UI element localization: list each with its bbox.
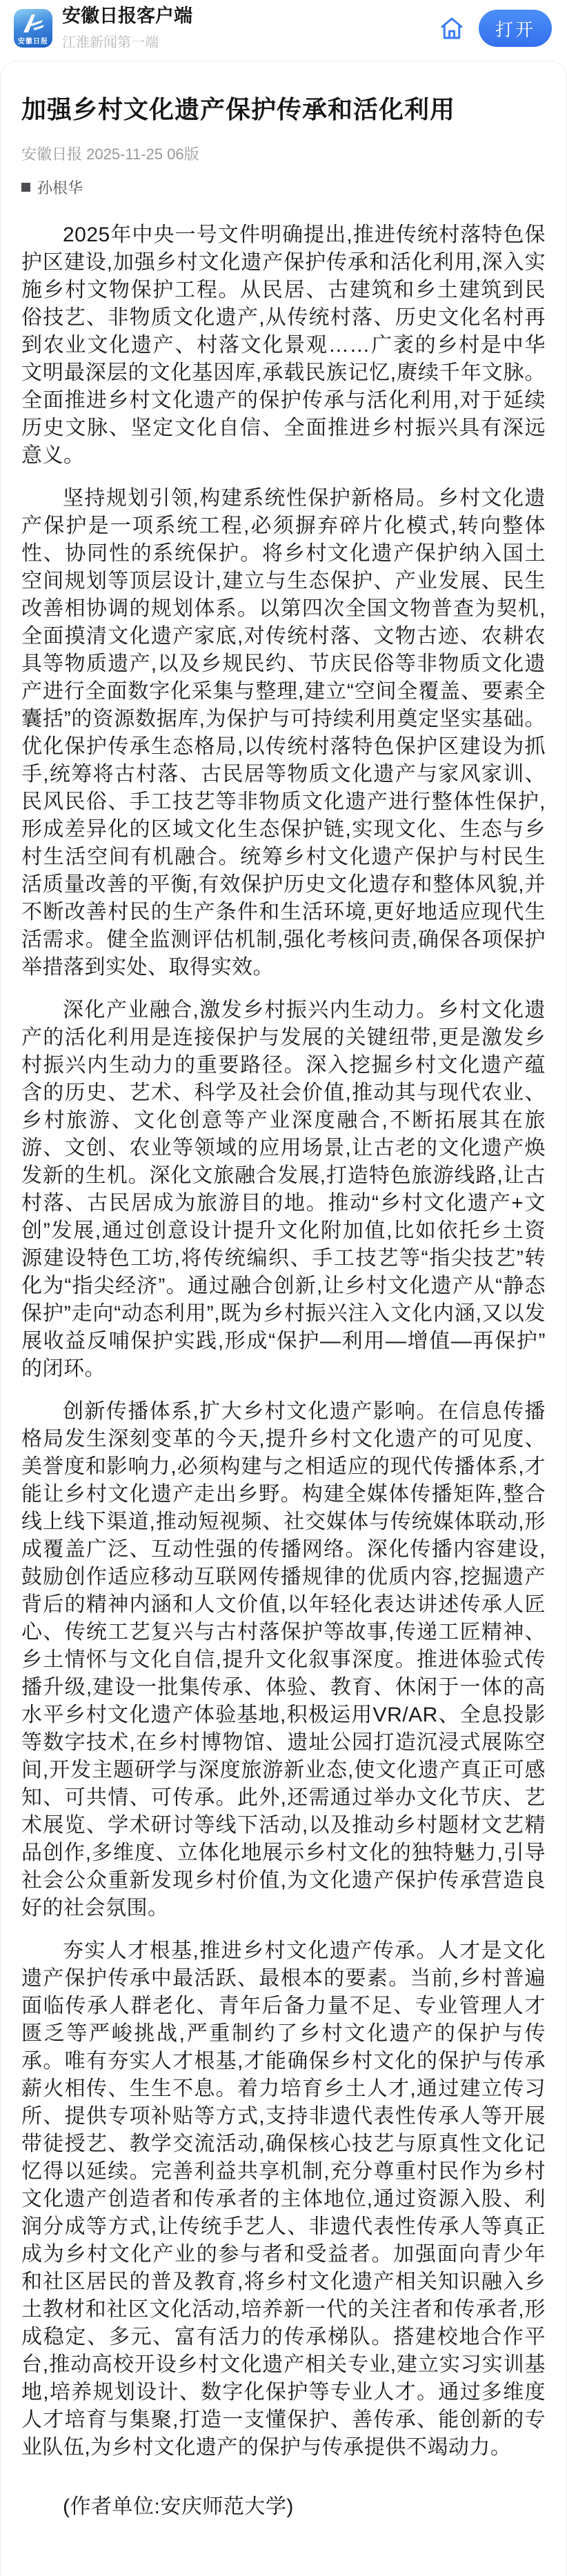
app-meta: 安徽日报客户端 江淮新闻第一端 bbox=[62, 6, 439, 50]
article-paragraph: 创新传播体系,扩大乡村文化遗产影响。在信息传播格局发生深刻变革的今天,提升乡村文… bbox=[21, 1398, 546, 1922]
app-slogan: 江淮新闻第一端 bbox=[62, 31, 439, 51]
open-app-button[interactable]: 打开 bbox=[479, 10, 552, 47]
logo-swoosh-icon bbox=[17, 10, 50, 38]
author-affiliation: (作者单位:安庆师范大学) bbox=[21, 2493, 546, 2521]
app-logo-text: 安徽日报 bbox=[14, 39, 52, 46]
article-source-date: 安徽日报 2025-11-25 06版 bbox=[21, 143, 546, 164]
home-button[interactable] bbox=[439, 15, 465, 41]
article-paragraph: 2025年中央一号文件明确提出,推进传统村落特色保护区建设,加强乡村文化遗产保护… bbox=[21, 221, 546, 470]
home-icon bbox=[439, 15, 465, 41]
article-paragraph: 坚持规划引领,构建系统性保护新格局。乡村文化遗产保护是一项系统工程,必须摒弃碎片… bbox=[21, 485, 546, 981]
article-title: 加强乡村文化遗产保护传承和活化利用 bbox=[21, 93, 546, 126]
author-name: 孙根华 bbox=[37, 177, 83, 198]
author-bullet-icon bbox=[21, 183, 30, 192]
author-row: 孙根华 bbox=[21, 177, 546, 198]
article-card: 加强乡村文化遗产保护传承和活化利用 安徽日报 2025-11-25 06版 孙根… bbox=[0, 61, 567, 2576]
article-paragraph: 深化产业融合,激发乡村振兴内生动力。乡村文化遗产的活化利用是连接保护与发展的关键… bbox=[21, 997, 546, 1383]
anhui-daily-logo-icon: 安徽日报 bbox=[14, 9, 52, 48]
app-banner: 安徽日报 安徽日报客户端 江淮新闻第一端 打开 bbox=[0, 0, 567, 61]
article-paragraph: 夯实人才根基,推进乡村文化遗产传承。人才是文化遗产保护传承中最活跃、最根本的要素… bbox=[21, 1937, 546, 2462]
article-body: 2025年中央一号文件明确提出,推进传统村落特色保护区建设,加强乡村文化遗产保护… bbox=[21, 221, 546, 2462]
app-name: 安徽日报客户端 bbox=[62, 6, 439, 27]
